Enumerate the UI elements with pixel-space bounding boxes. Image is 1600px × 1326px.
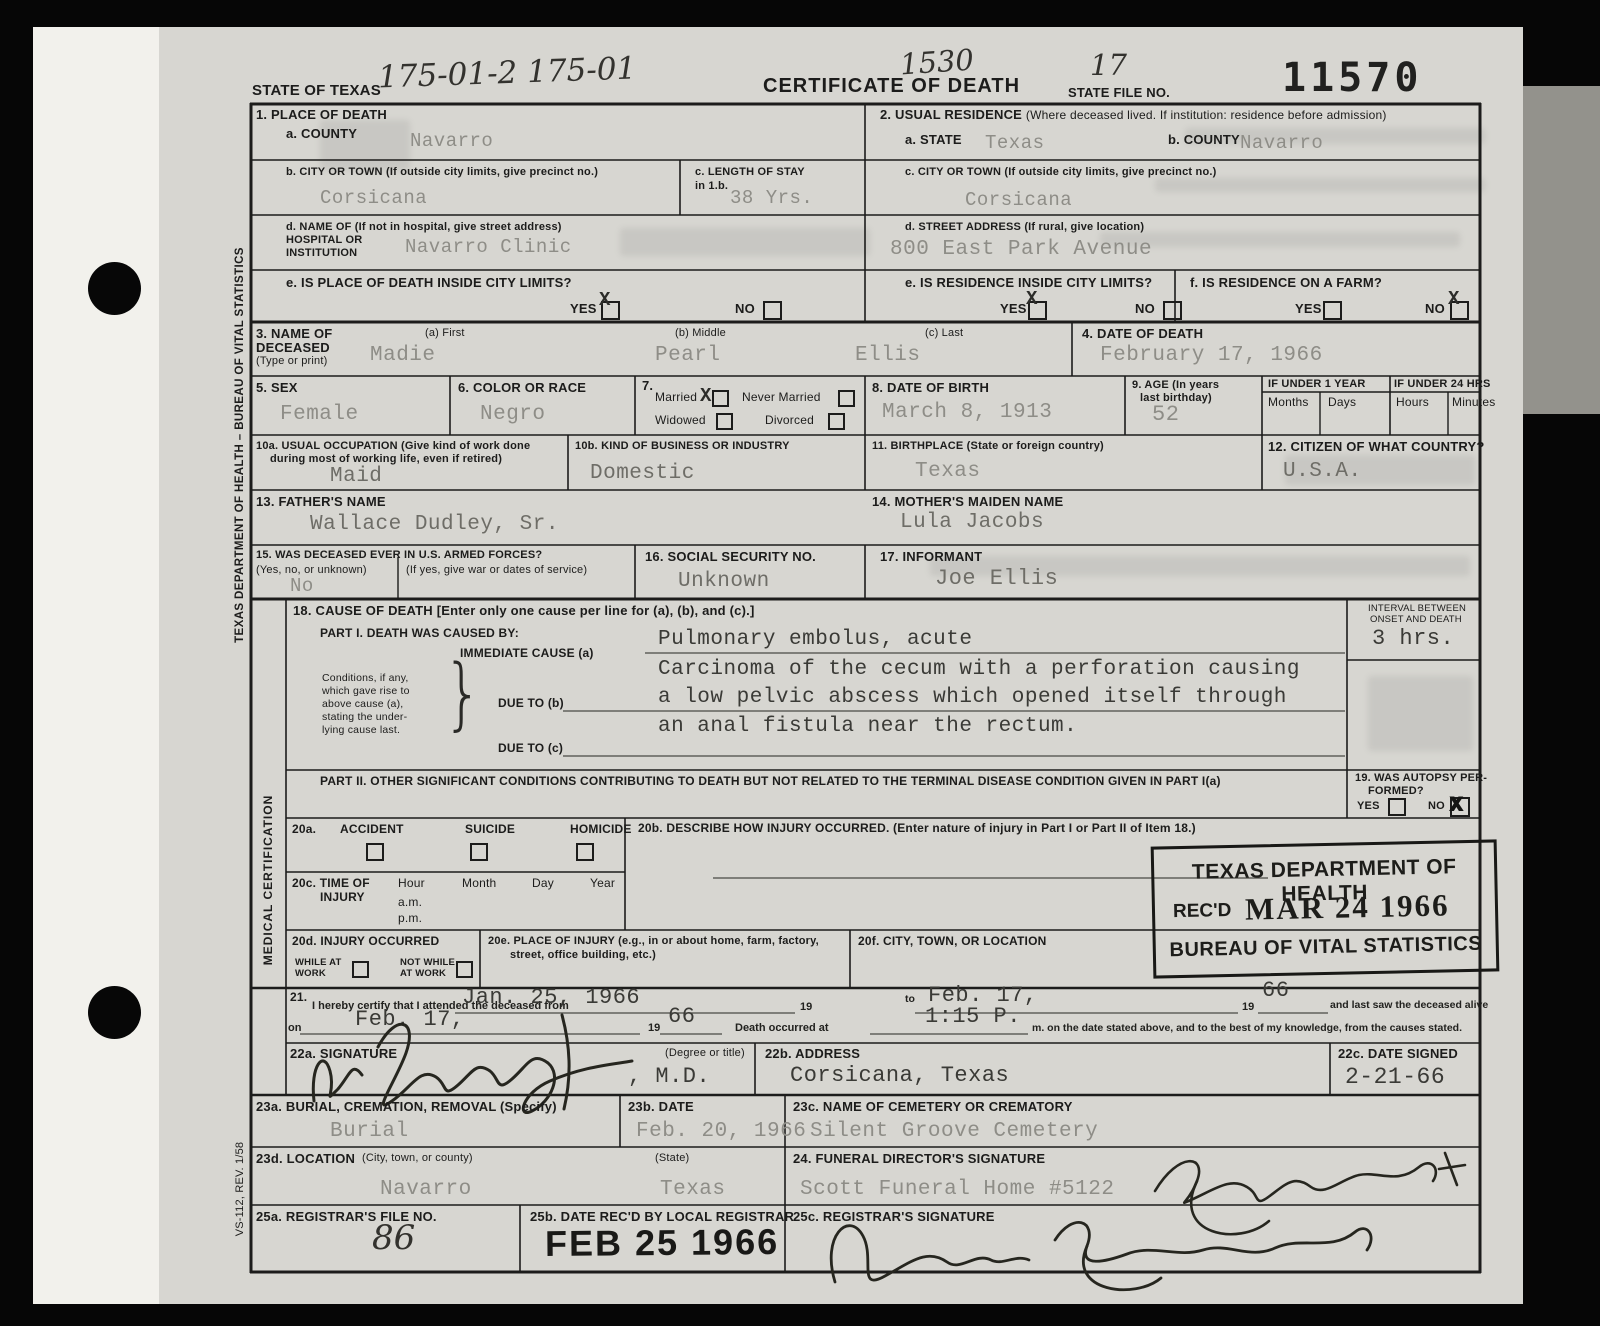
residence-limits-yes-mark: X	[1026, 288, 1037, 310]
due-to-b-line1: Carcinoma of the cecum with a perforatio…	[658, 658, 1300, 681]
autopsy-label: 19. WAS AUTOPSY PER-	[1355, 772, 1487, 785]
if-under-1-year-label: IF UNDER 1 YEAR	[1268, 378, 1366, 391]
day-label: Day	[532, 877, 554, 891]
never-married-checkbox	[838, 390, 855, 407]
year-prefix-1: 19	[800, 1001, 812, 1014]
father-name-value: Wallace Dudley, Sr.	[310, 513, 559, 536]
death-time-value: 1:15 P.	[925, 1005, 1021, 1029]
city-value: Corsicana	[320, 188, 427, 209]
injury-place-label2: street, office building, etc.)	[510, 949, 656, 962]
autopsy-yes-checkbox	[1388, 798, 1406, 816]
age-label: 9. AGE (In years	[1132, 379, 1219, 392]
due-to-b-label: DUE TO (b)	[498, 697, 564, 711]
burial-label: 23a. BURIAL, CREMATION, REMOVAL (Specify…	[256, 1100, 557, 1115]
residence-city-value: Corsicana	[965, 190, 1072, 211]
married-mark: X	[700, 385, 711, 407]
length-of-stay-value: 38 Yrs.	[730, 188, 813, 209]
residence-limits-no-checkbox	[1163, 301, 1182, 320]
accident-checkbox	[366, 843, 384, 861]
injury-section-label: 20a.	[292, 823, 316, 837]
hours-label: Hours	[1396, 396, 1429, 410]
occupation-value: Maid	[330, 465, 382, 488]
age-value: 52	[1152, 403, 1179, 427]
minutes-label: Minutes	[1452, 396, 1495, 410]
residence-state-value: Texas	[985, 133, 1045, 154]
cemetery-value: Silent Groove Cemetery	[810, 1120, 1098, 1143]
handwritten-17: 17	[1090, 48, 1127, 82]
date-of-death-value: February 17, 1966	[1100, 344, 1323, 367]
mother-name-label: 14. MOTHER'S MAIDEN NAME	[872, 495, 1063, 510]
divorced-checkbox	[828, 413, 845, 430]
residence-county-label: b. COUNTY	[1168, 133, 1240, 148]
no-label: NO	[735, 302, 755, 317]
residence-city-label: c. CITY OR TOWN (If outside city limits,…	[905, 166, 1217, 179]
street-address-value: 800 East Park Avenue	[890, 238, 1152, 261]
residence-state-label: a. STATE	[905, 133, 962, 148]
birthplace-value: Texas	[915, 460, 981, 483]
certify-text2: and last saw the deceased alive	[1330, 999, 1488, 1012]
armed-forces-sub2: (If yes, give war or dates of service)	[406, 564, 587, 577]
autopsy-yes-label: YES	[1357, 800, 1380, 813]
institution-label2: HOSPITAL OR	[286, 234, 362, 247]
birthplace-label: 11. BIRTHPLACE (State or foreign country…	[872, 440, 1104, 453]
race-value: Negro	[480, 403, 546, 426]
margin-agency-text: TEXAS DEPARTMENT OF HEALTH – BUREAU OF V…	[233, 265, 249, 625]
first-name-label: (a) First	[425, 327, 465, 340]
autopsy-no-label: NO	[1428, 800, 1445, 813]
due-to-c-label: DUE TO (c)	[498, 742, 563, 756]
year-prefix-2: 19	[1242, 1001, 1254, 1014]
married-checkbox	[712, 390, 729, 407]
ssn-value: Unknown	[678, 570, 770, 593]
state-of-texas-label: STATE OF TEXAS	[252, 82, 381, 99]
bleedthrough-artifact	[620, 228, 870, 256]
injury-time-label2: INJURY	[320, 891, 365, 905]
farm-yes-label: YES	[1295, 302, 1322, 317]
while-at-work-label2: WORK	[295, 969, 326, 980]
burial-location-city: Navarro	[380, 1178, 472, 1201]
homicide-label: HOMICIDE	[570, 823, 632, 837]
date-of-death-label: 4. DATE OF DEATH	[1082, 327, 1203, 342]
injury-city-label: 20f. CITY, TOWN, OR LOCATION	[858, 935, 1047, 949]
year-prefix-3: 19	[648, 1022, 660, 1035]
margin-agency-label: TEXAS DEPARTMENT OF HEALTH – BUREAU OF V…	[234, 247, 247, 643]
residence-title-paren: (Where deceased lived. If institution: r…	[1026, 108, 1387, 122]
cause-of-death-label: 18. CAUSE OF DEATH [Enter only one cause…	[293, 604, 754, 619]
occupation-label: 10a. USUAL OCCUPATION (Give kind of work…	[256, 440, 530, 453]
occupation-label2: during most of working life, even if ret…	[270, 453, 502, 466]
funeral-director-label: 24. FUNERAL DIRECTOR'S SIGNATURE	[793, 1152, 1045, 1167]
middle-name-value: Pearl	[655, 344, 721, 367]
conditions-note-5: lying cause last.	[322, 724, 400, 736]
binder-margin-strip	[33, 27, 159, 1304]
address-label: 22b. ADDRESS	[765, 1047, 860, 1062]
date-signed-label: 22c. DATE SIGNED	[1338, 1047, 1458, 1062]
certificate-title: CERTIFICATE OF DEATH	[763, 75, 1020, 98]
armed-forces-value: No	[290, 576, 314, 597]
citizen-value: U.S.A.	[1283, 460, 1362, 483]
medical-certification-label: MEDICAL CERTIFICATION	[262, 795, 276, 966]
registrar-signature	[805, 1196, 1395, 1306]
injury-place-label: 20e. PLACE OF INJURY (e.g., in or about …	[488, 935, 819, 948]
never-married-label: Never Married	[742, 391, 821, 405]
informant-value: Joe Ellis	[935, 567, 1058, 591]
state-file-no-label: STATE FILE NO.	[1068, 86, 1170, 101]
certify-text3: m. on the date stated above, and to the …	[1032, 1022, 1462, 1035]
month-label: Month	[462, 877, 496, 891]
days-label: Days	[1328, 396, 1356, 410]
conditions-note-2: which gave rise to	[322, 685, 410, 697]
injury-desc-label: 20b. DESCRIBE HOW INJURY OCCURRED. (Ente…	[638, 822, 1196, 836]
received-stamp-recd: REC'D	[1173, 900, 1232, 923]
bleedthrough-artifact	[1100, 232, 1460, 247]
institution-label3: INSTITUTION	[286, 247, 357, 260]
registrar-file-no-value: 86	[372, 1218, 415, 1258]
ssn-label: 16. SOCIAL SECURITY NO.	[645, 550, 816, 565]
part2-label: PART II. OTHER SIGNIFICANT CONDITIONS CO…	[320, 775, 1221, 789]
am-label: a.m.	[398, 896, 422, 910]
medical-certification-vertical: MEDICAL CERTIFICATION	[261, 760, 277, 1000]
county-value: Navarro	[410, 131, 493, 152]
year-label: Year	[590, 877, 615, 891]
degree-title-label: (Degree or title)	[665, 1047, 745, 1060]
suicide-label: SUICIDE	[465, 823, 515, 837]
due-to-b-line3: an anal fistula near the rectum.	[658, 715, 1077, 738]
burial-location-sub1: (City, town, or county)	[362, 1152, 473, 1165]
street-address-label: d. STREET ADDRESS (If rural, give locati…	[905, 221, 1144, 234]
to-label: to	[905, 993, 915, 1006]
certify-number: 21.	[290, 991, 307, 1005]
date-of-birth-label: 8. DATE OF BIRTH	[872, 381, 989, 396]
sex-value: Female	[280, 403, 359, 426]
attended-to-year-value: 66	[1262, 979, 1289, 1003]
residence-limits-yes-label: YES	[1000, 302, 1027, 317]
father-name-label: 13. FATHER'S NAME	[256, 495, 386, 510]
middle-name-label: (b) Middle	[675, 327, 726, 340]
widowed-label: Widowed	[655, 414, 706, 428]
length-of-stay-label: c. LENGTH OF STAY	[695, 166, 805, 179]
suicide-checkbox	[470, 843, 488, 861]
conditions-note-3: above cause (a),	[322, 698, 403, 710]
received-stamp: TEXAS DEPARTMENT OF HEALTH REC'D MAR 24 …	[1151, 839, 1500, 978]
not-while-at-work-checkbox	[456, 961, 473, 978]
widowed-checkbox	[716, 413, 733, 430]
not-while-at-work-label2: AT WORK	[400, 969, 446, 980]
degree-value: , M.D.	[628, 1065, 710, 1089]
bleedthrough-artifact	[1368, 676, 1473, 751]
death-city-limits-yes-mark: X	[599, 289, 610, 311]
yes-label: YES	[570, 302, 597, 317]
brace-icon: }	[443, 655, 483, 733]
first-name-value: Madie	[370, 344, 436, 367]
last-name-label: (c) Last	[925, 327, 963, 340]
conditions-note-1: Conditions, if any,	[322, 672, 408, 684]
form-code-vertical: VS-112, REV. 1/58	[233, 1109, 247, 1269]
immediate-cause-value: Pulmonary embolus, acute	[658, 628, 972, 651]
mother-name-value: Lula Jacobs	[900, 511, 1044, 534]
married-label: Married	[655, 391, 697, 405]
last-seen-year-value: 66	[668, 1005, 695, 1029]
burial-location-state: Texas	[660, 1178, 726, 1201]
burial-date-label: 23b. DATE	[628, 1100, 694, 1115]
death-city-limits-label: e. IS PLACE OF DEATH INSIDE CITY LIMITS?	[286, 276, 572, 291]
death-occurred-label: Death occurred at	[735, 1022, 829, 1035]
received-stamp-line3: BUREAU OF VITAL STATISTICS	[1156, 932, 1496, 962]
injury-time-label: 20c. TIME OF	[292, 877, 370, 891]
scanned-death-certificate: TEXAS DEPARTMENT OF HEALTH – BUREAU OF V…	[0, 0, 1600, 1326]
address-value: Corsicana, Texas	[790, 1064, 1009, 1088]
burial-location-label: 23d. LOCATION	[256, 1152, 355, 1167]
bleedthrough-artifact	[1155, 178, 1485, 192]
state-file-number: 11570	[1282, 55, 1422, 101]
residence-title: 2. USUAL RESIDENCE (Where deceased lived…	[880, 108, 1387, 123]
autopsy-no-mark: X	[1449, 793, 1462, 818]
last-name-value: Ellis	[855, 344, 921, 367]
interval-value: 3 hrs.	[1372, 627, 1454, 651]
punch-hole-bottom	[88, 986, 141, 1039]
death-city-limits-no-checkbox	[763, 301, 782, 320]
race-label: 6. COLOR OR RACE	[458, 381, 586, 396]
institution-value: Navarro Clinic	[405, 237, 572, 258]
residence-county-value: Navarro	[1240, 133, 1323, 154]
institution-label: d. NAME OF (If not in hospital, give str…	[286, 221, 562, 234]
informant-label: 17. INFORMANT	[880, 550, 982, 565]
if-under-24-hrs-label: IF UNDER 24 HRS	[1394, 378, 1491, 391]
place-of-death-title: 1. PLACE OF DEATH	[256, 108, 387, 123]
date-signed-value: 2-21-66	[1345, 1065, 1445, 1090]
marital-section-label: 7.	[642, 379, 653, 394]
burial-value: Burial	[330, 1120, 409, 1143]
autopsy-label2: FORMED?	[1368, 785, 1424, 798]
length-of-stay-sublabel: in 1.b.	[695, 180, 728, 193]
pm-label: p.m.	[398, 912, 422, 926]
city-label: b. CITY OR TOWN (If outside city limits,…	[286, 166, 598, 179]
farm-yes-checkbox	[1323, 301, 1342, 320]
burial-location-sub2: (State)	[655, 1152, 689, 1165]
handwritten-1530: 1530	[899, 42, 975, 81]
punch-hole-top	[88, 262, 141, 315]
scan-edge-artifact	[1523, 86, 1600, 414]
accident-label: ACCIDENT	[340, 823, 404, 837]
industry-value: Domestic	[590, 462, 695, 485]
farm-label: f. IS RESIDENCE ON A FARM?	[1190, 276, 1382, 291]
burial-date-value: Feb. 20, 1966	[636, 1120, 806, 1143]
sex-label: 5. SEX	[256, 381, 298, 396]
injury-occurred-label: 20d. INJURY OCCURRED	[292, 935, 439, 949]
residence-limits-no-label: NO	[1135, 302, 1155, 317]
farm-no-label: NO	[1425, 302, 1445, 317]
name-of-deceased-label2: DECEASED	[256, 341, 330, 356]
cemetery-label: 23c. NAME OF CEMETERY OR CREMATORY	[793, 1100, 1073, 1115]
hour-label: Hour	[398, 877, 425, 891]
received-stamp-date: MAR 24 1966	[1245, 887, 1450, 927]
date-recd-stamp: FEB 25 1966	[545, 1221, 779, 1265]
farm-no-mark: X	[1448, 288, 1459, 310]
part1-label: PART I. DEATH WAS CAUSED BY:	[320, 627, 519, 641]
while-at-work-checkbox	[352, 961, 369, 978]
form-code-label: VS-112, REV. 1/58	[234, 1142, 247, 1237]
due-to-b-line2: a low pelvic abscess which opened itself…	[658, 686, 1287, 709]
interval-label2: ONSET AND DEATH	[1370, 615, 1462, 626]
homicide-checkbox	[576, 843, 594, 861]
county-label: a. COUNTY	[286, 127, 357, 142]
divorced-label: Divorced	[765, 414, 814, 428]
armed-forces-label: 15. WAS DECEASED EVER IN U.S. ARMED FORC…	[256, 549, 542, 562]
conditions-note-4: stating the under-	[322, 711, 407, 723]
date-of-birth-value: March 8, 1913	[882, 401, 1052, 424]
months-label: Months	[1268, 396, 1309, 410]
name-of-deceased-label3: (Type or print)	[256, 355, 327, 368]
citizen-label: 12. CITIZEN OF WHAT COUNTRY?	[1268, 440, 1484, 455]
industry-label: 10b. KIND OF BUSINESS OR INDUSTRY	[575, 440, 790, 453]
